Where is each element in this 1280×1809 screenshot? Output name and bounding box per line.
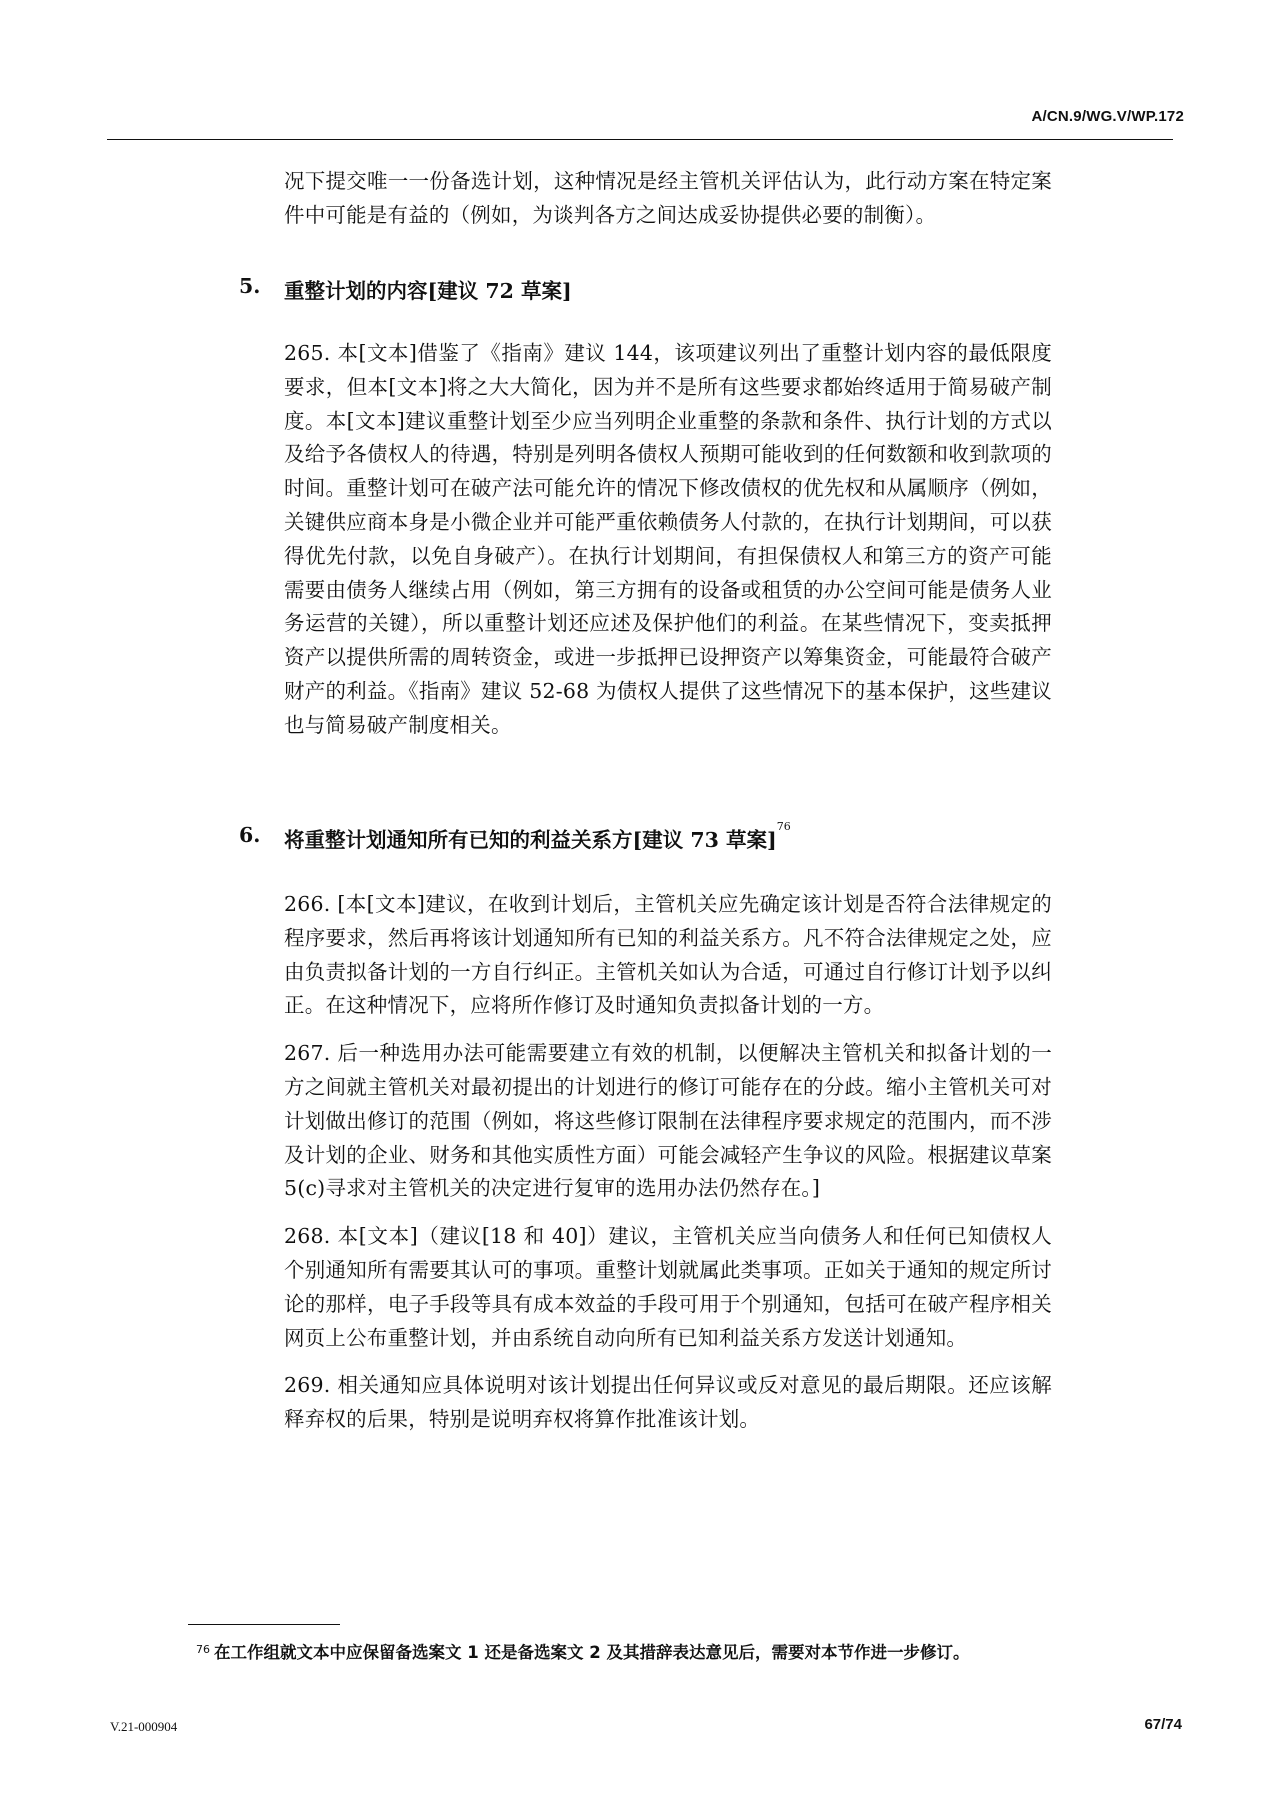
section-title: 重整计划的内容[建议 72 草案] xyxy=(284,274,572,304)
paragraph-269: 269. 相关通知应具体说明对该计划提出任何异议或反对意见的最后期限。还应该解释… xyxy=(284,1369,1052,1437)
footnote-divider xyxy=(188,1624,340,1625)
paragraph-265: 265. 本[文本]借鉴了《指南》建议 144，该项建议列出了重整计划内容的最低… xyxy=(284,337,1052,743)
section-heading-6: 6. 将重整计划通知所有已知的利益关系方[建议 73 草案] 76 xyxy=(239,823,791,853)
document-symbol: A/CN.9/WG.V/WP.172 xyxy=(1031,108,1184,125)
footnote-reference-76[interactable]: 76 xyxy=(777,820,791,850)
section-title: 将重整计划通知所有已知的利益关系方[建议 73 草案] xyxy=(284,823,777,853)
footnote-text: 在工作组就文本中应保留备选案文 1 还是备选案文 2 及其措辞表达意见后，需要对… xyxy=(214,1643,969,1662)
continuation-paragraph: 况下提交唯一一份备选计划，这种情况是经主管机关评估认为，此行动方案在特定案件中可… xyxy=(284,165,1052,233)
continuation-paragraph-block: 况下提交唯一一份备选计划，这种情况是经主管机关评估认为，此行动方案在特定案件中可… xyxy=(284,165,1052,233)
paragraph-268: 268. 本[文本]（建议[18 和 40]）建议，主管机关应当向债务人和任何已… xyxy=(284,1220,1052,1355)
section-5-body: 265. 本[文本]借鉴了《指南》建议 144，该项建议列出了重整计划内容的最低… xyxy=(284,337,1052,743)
paragraph-266: 266. [本[文本]建议，在收到计划后，主管机关应先确定该计划是否符合法律规定… xyxy=(284,888,1052,1023)
footnote-76: 76 在工作组就文本中应保留备选案文 1 还是备选案文 2 及其措辞表达意见后，… xyxy=(214,1640,1054,1665)
section-heading-5: 5. 重整计划的内容[建议 72 草案] xyxy=(239,274,572,304)
section-number: 5. xyxy=(239,274,284,304)
page-number: 67/74 xyxy=(1144,1716,1182,1733)
paragraph-267: 267. 后一种选用办法可能需要建立有效的机制，以便解决主管机关和拟备计划的一方… xyxy=(284,1037,1052,1206)
section-6-body: 266. [本[文本]建议，在收到计划后，主管机关应先确定该计划是否符合法律规定… xyxy=(284,888,1052,1437)
header-divider xyxy=(107,139,1173,140)
section-number: 6. xyxy=(239,823,284,853)
job-number: V.21-000904 xyxy=(110,1719,177,1735)
footnote-mark: 76 xyxy=(196,1637,210,1662)
